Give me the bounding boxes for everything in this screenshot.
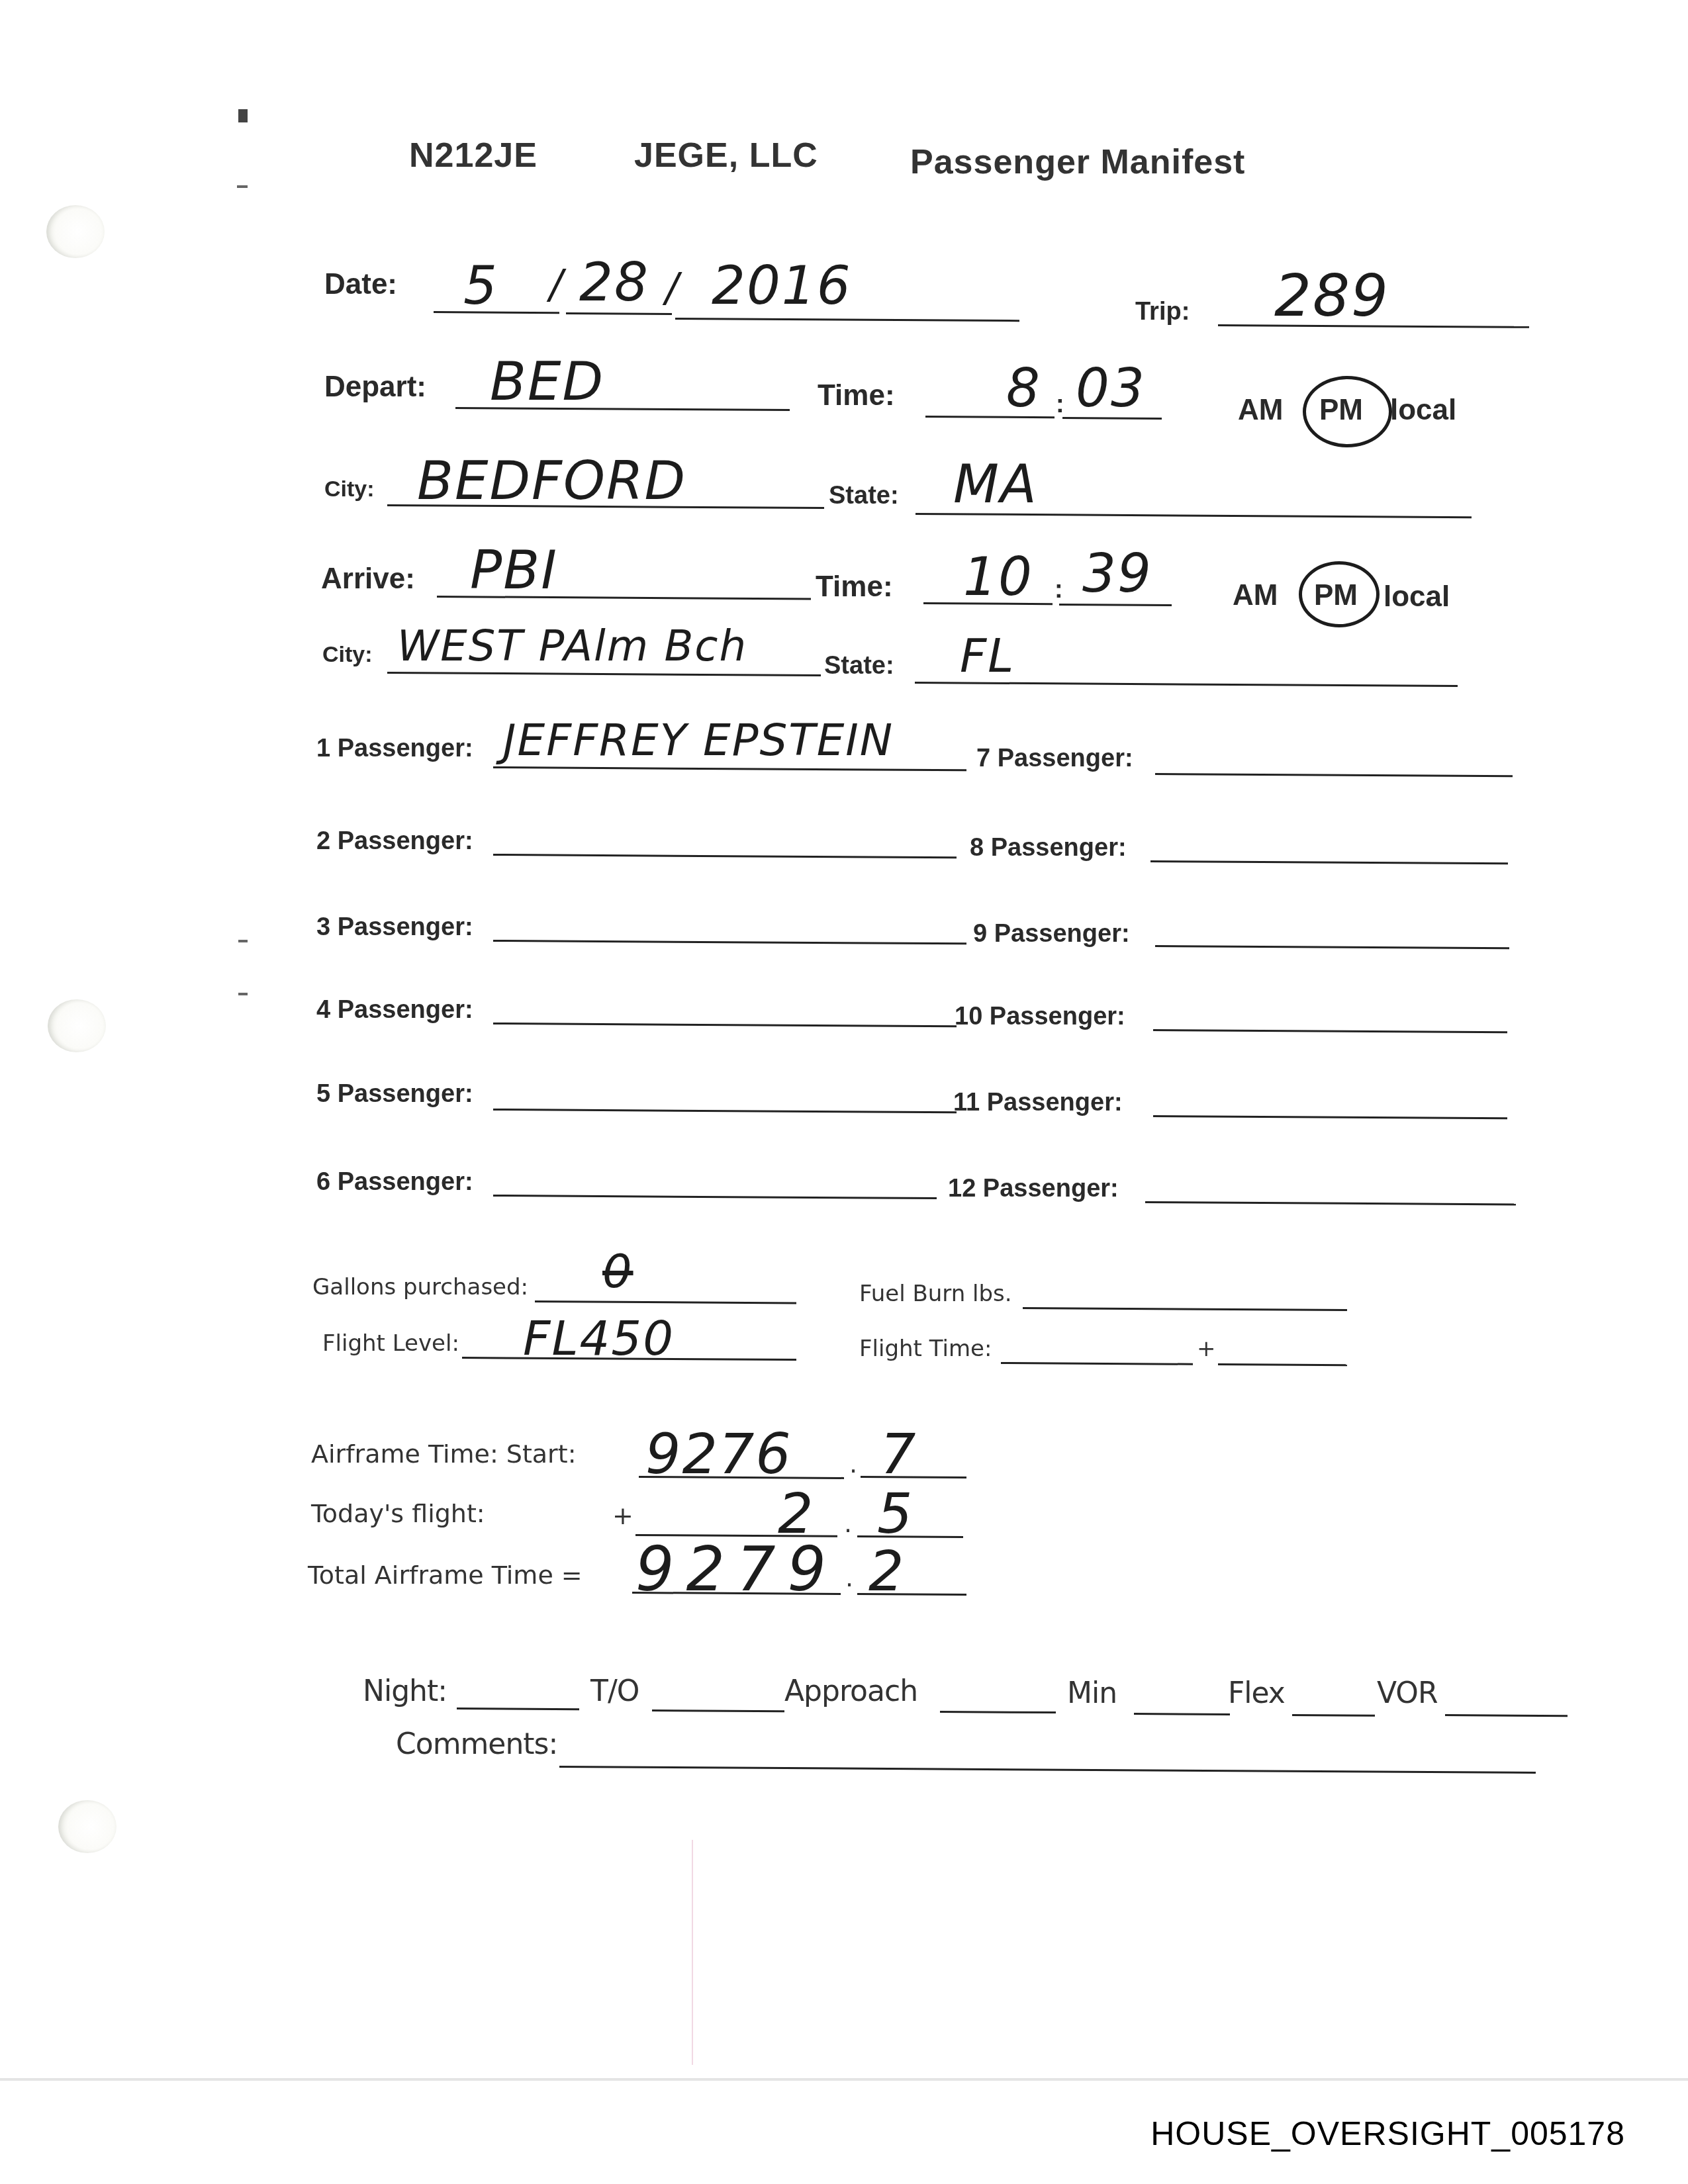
passenger-8-label: 8 Passenger: (970, 834, 1127, 862)
passenger-9-field[interactable] (1155, 945, 1509, 949)
depart-state-value: MA (953, 453, 1038, 515)
page-edge (0, 2078, 1688, 2081)
passenger-10-label: 10 Passenger: (955, 1003, 1125, 1031)
airframe-start-whole-value: 9276 (645, 1422, 792, 1486)
arrive-city-field[interactable] (387, 672, 821, 676)
night-label: Night: (363, 1674, 447, 1708)
passenger-10-field[interactable] (1153, 1029, 1507, 1033)
arrive-time-colon: : (1055, 576, 1063, 604)
passenger-4-label: 4 Passenger: (316, 996, 473, 1024)
date-day-value: 28 (579, 251, 649, 313)
depart-state-label: State: (829, 482, 899, 510)
arrive-local-label: local (1383, 580, 1450, 614)
passenger-7-field[interactable] (1155, 773, 1513, 777)
arrive-city-label: City: (322, 642, 373, 668)
approach-field[interactable] (940, 1711, 1056, 1713)
airframe-start-decimal: . (849, 1449, 857, 1479)
passenger-12-field[interactable] (1145, 1201, 1516, 1205)
passenger-2-label: 2 Passenger: (316, 827, 473, 856)
total-airframe-label: Total Airframe Time = (308, 1561, 583, 1590)
vor-field[interactable] (1445, 1714, 1568, 1717)
comments-field[interactable] (559, 1766, 1536, 1774)
flight-time-plus: + (1197, 1336, 1216, 1362)
comments-label: Comments: (396, 1727, 557, 1761)
fuel-burn-field[interactable] (1023, 1307, 1347, 1311)
night-field[interactable] (457, 1707, 579, 1710)
passenger-8-field[interactable] (1150, 860, 1508, 864)
arrive-city-value: WEST PAlm Bch (397, 622, 747, 671)
arrive-time-hour-value: 10 (963, 546, 1033, 608)
scan-artifact-line (692, 1840, 693, 2065)
gallons-purchased-field[interactable] (535, 1300, 796, 1304)
airframe-start-label: Airframe Time: Start: (311, 1439, 576, 1469)
depart-time-label: Time: (818, 379, 895, 412)
tail-number: N212JE (409, 136, 538, 175)
passenger-11-label: 11 Passenger: (953, 1089, 1123, 1117)
passenger-5-label: 5 Passenger: (316, 1080, 473, 1109)
passenger-3-field[interactable] (493, 940, 966, 944)
passenger-3-label: 3 Passenger: (316, 913, 473, 942)
arrive-state-value: FL (960, 629, 1015, 683)
todays-flight-tenth-value: 5 (877, 1481, 914, 1546)
approach-label: Approach (784, 1674, 917, 1708)
depart-code-value: BED (490, 351, 604, 412)
todays-flight-decimal: . (844, 1509, 852, 1538)
trip-label: Trip: (1135, 298, 1190, 326)
total-airframe-decimal: . (845, 1563, 853, 1592)
depart-time-hour-value: 8 (1006, 357, 1041, 419)
flex-label: Flex (1228, 1676, 1285, 1710)
passenger-12-label: 12 Passenger: (948, 1175, 1119, 1203)
depart-am-option[interactable]: AM (1238, 394, 1283, 427)
passenger-1-field[interactable] (493, 766, 966, 771)
passenger-6-field[interactable] (493, 1195, 937, 1199)
flight-time-hour-field[interactable] (1001, 1362, 1193, 1365)
passenger-2-field[interactable] (493, 854, 957, 858)
depart-time-colon: : (1056, 390, 1064, 419)
depart-label: Depart: (324, 371, 426, 404)
flight-level-value: FL450 (523, 1310, 675, 1366)
depart-city-value: BEDFORD (417, 450, 686, 512)
gallons-purchased-value: 0 (602, 1244, 633, 1298)
arrive-label: Arrive: (321, 563, 415, 596)
date-year-value: 2016 (712, 255, 852, 316)
hole-punch-top (46, 205, 105, 258)
depart-time-minute-value: 03 (1076, 357, 1146, 419)
scan-mark (238, 993, 248, 995)
date-year-field[interactable] (675, 318, 1019, 322)
date-sep-2: / (665, 265, 680, 311)
min-field[interactable] (1134, 1713, 1230, 1715)
arrive-am-option[interactable]: AM (1233, 579, 1278, 612)
flex-field[interactable] (1292, 1714, 1375, 1717)
depart-city-label: City: (324, 477, 375, 502)
flight-time-label: Flight Time: (859, 1336, 992, 1362)
gallons-purchased-label: Gallons purchased: (312, 1274, 528, 1300)
arrive-code-value: PBI (470, 539, 558, 601)
arrive-pm-selected-circle (1299, 561, 1380, 627)
takeoff-label: T/O (590, 1674, 639, 1708)
flight-level-label: Flight Level: (322, 1330, 459, 1357)
passenger-5-field[interactable] (493, 1109, 957, 1113)
arrive-time-label: Time: (816, 570, 893, 604)
passenger-7-label: 7 Passenger: (976, 745, 1133, 773)
passenger-6-label: 6 Passenger: (316, 1168, 473, 1197)
arrive-state-label: State: (824, 652, 894, 680)
min-label: Min (1067, 1676, 1117, 1710)
passenger-1-label: 1 Passenger: (316, 735, 473, 763)
scan-mark (238, 109, 248, 122)
passenger-11-field[interactable] (1153, 1115, 1507, 1119)
company-name: JEGE, LLC (634, 136, 818, 175)
scan-mark (237, 185, 248, 188)
hole-punch-bottom (58, 1800, 117, 1853)
fuel-burn-label: Fuel Burn lbs. (859, 1281, 1012, 1307)
depart-pm-selected-circle (1303, 376, 1392, 447)
date-sep-1: / (549, 261, 564, 308)
trip-value: 289 (1274, 261, 1389, 330)
arrive-time-minute-value: 39 (1082, 543, 1152, 604)
scan-mark (238, 940, 248, 942)
passenger-1-name: JEFFREY EPSTEIN (503, 715, 894, 766)
date-month-value: 5 (463, 255, 498, 316)
passenger-4-field[interactable] (493, 1023, 957, 1027)
total-airframe-whole-value: 9279 (635, 1534, 838, 1605)
vor-label: VOR (1377, 1676, 1438, 1710)
hole-punch-middle (48, 999, 106, 1052)
passenger-9-label: 9 Passenger: (973, 920, 1130, 948)
flight-time-minute-field[interactable] (1218, 1363, 1347, 1366)
date-label: Date: (324, 268, 397, 301)
todays-flight-plus: + (612, 1501, 633, 1530)
total-airframe-tenth-value: 2 (868, 1539, 905, 1604)
airframe-start-tenth-value: 7 (880, 1422, 917, 1486)
bates-number: HOUSE_OVERSIGHT_005178 (1150, 2115, 1625, 2153)
takeoff-field[interactable] (652, 1709, 784, 1712)
form-title: Passenger Manifest (910, 142, 1245, 182)
depart-local-label: local (1390, 394, 1456, 427)
todays-flight-label: Today's flight: (311, 1499, 485, 1528)
